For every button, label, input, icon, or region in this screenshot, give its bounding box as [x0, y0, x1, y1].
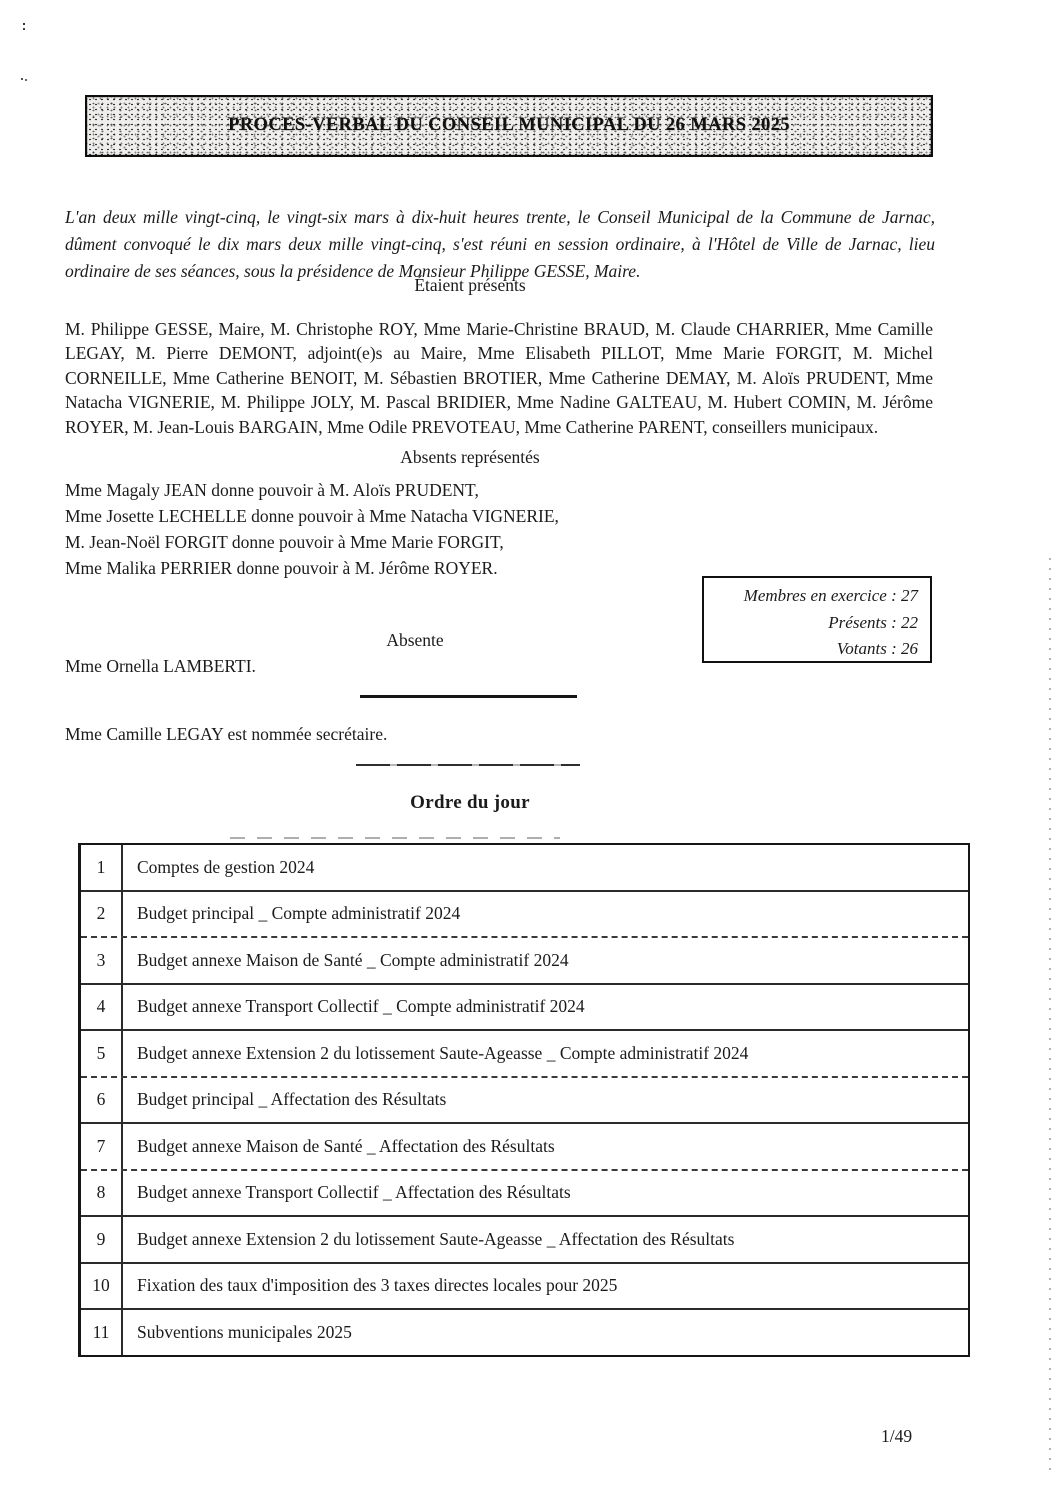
- proxy-line: Mme Josette LECHELLE donne pouvoir à Mme…: [65, 503, 559, 529]
- agenda-item-label: Budget annexe Extension 2 du lotissement…: [123, 1031, 748, 1076]
- intro-paragraph: L'an deux mille vingt-cinq, le vingt-six…: [65, 204, 935, 285]
- scan-speck: [23, 23, 25, 25]
- agenda-item-number: 7: [81, 1124, 123, 1169]
- agenda-item-label: Budget annexe Maison de Santé _ Compte a…: [123, 938, 569, 983]
- table-row: 10 Fixation des taux d'imposition des 3 …: [81, 1262, 968, 1309]
- agenda-item-label: Fixation des taux d'imposition des 3 tax…: [123, 1264, 617, 1309]
- table-row: 6 Budget principal _ Affectation des Rés…: [81, 1076, 968, 1123]
- agenda-item-number: 9: [81, 1217, 123, 1262]
- scan-noise-line: [230, 837, 560, 839]
- agenda-item-label: Budget annexe Transport Collectif _ Affe…: [123, 1171, 571, 1216]
- scan-speck: [21, 78, 23, 80]
- present-heading: Étaient présents: [65, 275, 875, 296]
- proxy-list: Mme Magaly JEAN donne pouvoir à M. Aloïs…: [65, 477, 559, 581]
- agenda-item-number: 5: [81, 1031, 123, 1076]
- table-row: 1 Comptes de gestion 2024: [81, 845, 968, 890]
- proxy-line: M. Jean-Noël FORGIT donne pouvoir à Mme …: [65, 529, 559, 555]
- scan-edge-artifact: [1049, 558, 1051, 1470]
- agenda-item-number: 6: [81, 1078, 123, 1123]
- secretary-note: Mme Camille LEGAY est nommée secrétaire.: [65, 724, 387, 745]
- table-row: 2 Budget principal _ Compte administrati…: [81, 890, 968, 937]
- horizontal-rule: [360, 695, 577, 698]
- page-number: 1/49: [881, 1426, 912, 1447]
- agenda-item-label: Comptes de gestion 2024: [123, 845, 314, 890]
- table-row: 9 Budget annexe Extension 2 du lotisseme…: [81, 1215, 968, 1262]
- proxy-line: Mme Magaly JEAN donne pouvoir à M. Aloïs…: [65, 477, 559, 503]
- document-title: PROCES-VERBAL DU CONSEIL MUNICIPAL DU 26…: [228, 115, 790, 138]
- agenda-item-label: Budget annexe Extension 2 du lotissement…: [123, 1217, 734, 1262]
- table-row: 4 Budget annexe Transport Collectif _ Co…: [81, 983, 968, 1030]
- proxy-line: Mme Malika PERRIER donne pouvoir à M. Jé…: [65, 555, 559, 581]
- table-row: 8 Budget annexe Transport Collectif _ Af…: [81, 1169, 968, 1216]
- agenda-item-label: Budget annexe Maison de Santé _ Affectat…: [123, 1124, 555, 1169]
- agenda-table: 1 Comptes de gestion 2024 2 Budget princ…: [78, 843, 970, 1357]
- agenda-item-number: 10: [81, 1264, 123, 1309]
- table-row: 11 Subventions municipales 2025: [81, 1308, 968, 1355]
- horizontal-rule: [356, 764, 580, 766]
- scanned-document-page: PROCES-VERBAL DU CONSEIL MUNICIPAL DU 26…: [0, 0, 1058, 1497]
- members-in-office-count: Membres en exercice : 27: [704, 583, 918, 610]
- agenda-item-label: Subventions municipales 2025: [123, 1310, 352, 1355]
- agenda-heading: Ordre du jour: [65, 792, 875, 814]
- agenda-item-number: 4: [81, 985, 123, 1030]
- agenda-item-number: 1: [81, 845, 123, 890]
- title-banner: PROCES-VERBAL DU CONSEIL MUNICIPAL DU 26…: [85, 95, 933, 157]
- agenda-item-number: 2: [81, 892, 123, 937]
- present-members-paragraph: M. Philippe GESSE, Maire, M. Christophe …: [65, 317, 933, 440]
- table-row: 3 Budget annexe Maison de Santé _ Compte…: [81, 936, 968, 983]
- agenda-item-label: Budget principal _ Affectation des Résul…: [123, 1078, 446, 1123]
- agenda-item-number: 8: [81, 1171, 123, 1216]
- table-row: 5 Budget annexe Extension 2 du lotisseme…: [81, 1029, 968, 1076]
- agenda-item-label: Budget annexe Transport Collectif _ Comp…: [123, 985, 585, 1030]
- absent-heading: Absente: [65, 630, 765, 651]
- absents-represented-heading: Absents représentés: [65, 447, 875, 468]
- agenda-item-number: 3: [81, 938, 123, 983]
- agenda-item-number: 11: [81, 1310, 123, 1355]
- table-row: 7 Budget annexe Maison de Santé _ Affect…: [81, 1122, 968, 1169]
- absent-member-name: Mme Ornella LAMBERTI.: [65, 656, 256, 677]
- agenda-item-label: Budget principal _ Compte administratif …: [123, 892, 460, 937]
